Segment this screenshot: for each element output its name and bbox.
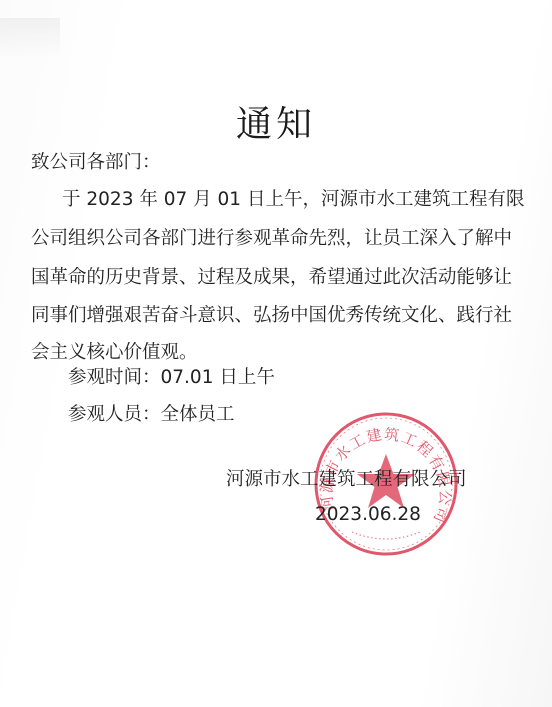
body-line-1: 于 2023 年 07 月 01 日上午，河源市水工建筑工程有限	[31, 188, 524, 212]
visit-time: 参观时间：07.01 日上午	[68, 366, 275, 390]
signature-date: 2023.06.28	[315, 503, 421, 527]
body-line-3: 国革命的历史背景、过程及成果，希望通过此次活动能够让	[31, 266, 512, 290]
scan-shadow	[0, 18, 60, 58]
document-title: 通知	[0, 96, 552, 147]
body-line-4: 同事们增强艰苦奋斗意识、弘扬中国优秀传统文化、践行社	[31, 304, 512, 328]
body-line-1-text: 于 2023 年 07 月 01 日上午，河源市水工建筑工程有限	[62, 189, 524, 210]
signature-company: 河源市水工建筑工程有限公司	[226, 468, 467, 492]
body-line-2: 公司组织公司各部门进行参观革命先烈，让员工深入了解中	[31, 227, 512, 251]
visitors: 参观人员：全体员工	[68, 403, 235, 427]
salutation: 致公司各部门：	[31, 151, 161, 175]
document-page: 通知 致公司各部门： 于 2023 年 07 月 01 日上午，河源市水工建筑工…	[0, 0, 552, 707]
body-line-5: 会主义核心价值观。	[31, 341, 198, 365]
